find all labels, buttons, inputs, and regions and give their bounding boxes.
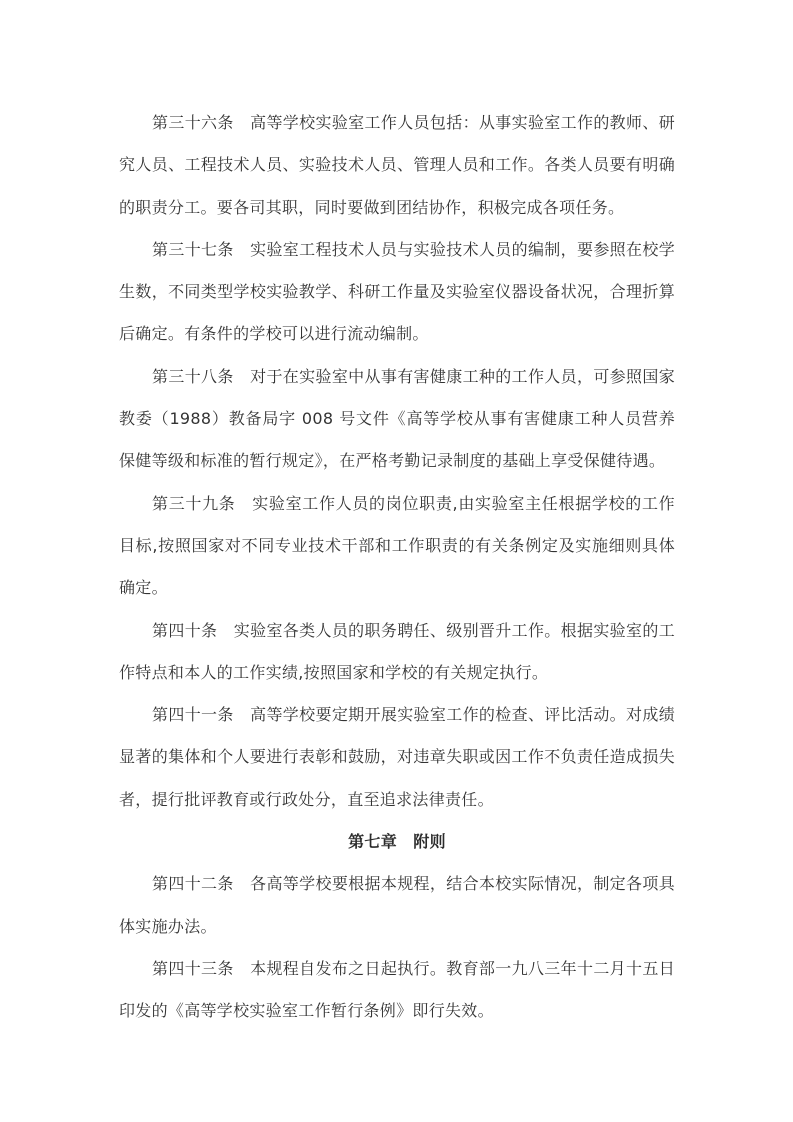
article-40: 第四十条 实验室各类人员的职务聘任、级别晋升工作。根据实验室的工作特点和本人的工… <box>119 610 675 695</box>
article-number: 第四十一条 <box>152 705 234 724</box>
chapter-heading: 第七章 附则 <box>119 821 675 863</box>
document-page: 第三十六条 高等学校实验室工作人员包括：从事实验室工作的教师、研究人员、工程技术… <box>119 102 675 1033</box>
article-39: 第三十九条 实验室工作人员的岗位职责,由实验室主任根据学校的工作目标,按照国家对… <box>119 483 675 610</box>
article-number: 第三十八条 <box>152 367 234 386</box>
article-36: 第三十六条 高等学校实验室工作人员包括：从事实验室工作的教师、研究人员、工程技术… <box>119 102 675 229</box>
article-43: 第四十三条 本规程自发布之日起执行。教育部一九八三年十二月十五日印发的《高等学校… <box>119 948 675 1033</box>
article-number: 第三十六条 <box>152 113 234 132</box>
article-number: 第四十三条 <box>152 959 234 978</box>
article-number: 第四十条 <box>152 621 217 640</box>
article-42: 第四十二条 各高等学校要根据本规程，结合本校实际情况，制定各项具体实施办法。 <box>119 863 675 948</box>
article-number: 第三十七条 <box>152 240 234 259</box>
article-number: 第三十九条 <box>152 494 235 513</box>
article-38: 第三十八条 对于在实验室中从事有害健康工种的工作人员，可参照国家教委（1988）… <box>119 356 675 483</box>
article-number: 第四十二条 <box>152 874 234 893</box>
article-37: 第三十七条 实验室工程技术人员与实验技术人员的编制，要参照在校学生数，不同类型学… <box>119 229 675 356</box>
article-41: 第四十一条 高等学校要定期开展实验室工作的检查、评比活动。对成绩显著的集体和个人… <box>119 694 675 821</box>
